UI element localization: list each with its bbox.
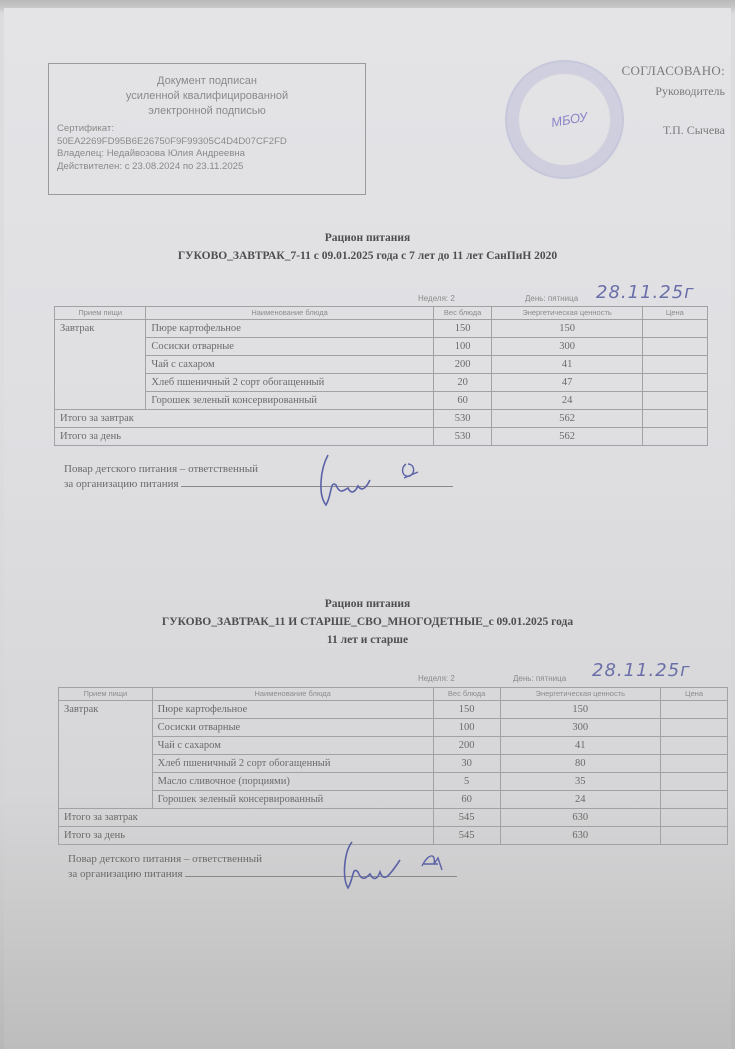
signature-header-line: Документ подписан: [57, 74, 357, 89]
menu-subtitle: ГУКОВО_ЗАВТРАК_7-11 с 09.01.2025 года с …: [0, 247, 735, 265]
weight-cell: 60: [433, 791, 500, 809]
approval-title: СОГЛАСОВАНО:: [622, 61, 725, 81]
price-cell: [661, 773, 728, 791]
signature-header-line: усиленной квалифицированной: [57, 89, 357, 104]
weight-cell: 100: [433, 719, 500, 737]
total-energy-cell: 630: [500, 809, 661, 827]
energy-cell: 24: [500, 791, 661, 809]
menu-2-title: Рацион питания ГУКОВО_ЗАВТРАК_11 И СТАРШ…: [0, 595, 735, 649]
total-price-cell: [642, 410, 707, 428]
total-energy-cell: 562: [492, 410, 642, 428]
price-cell: [661, 701, 728, 719]
energy-cell: 41: [500, 737, 661, 755]
price-cell: [642, 356, 707, 374]
column-header: Энергетическая ценность: [492, 307, 642, 320]
organization-stamp-icon: МБОУ: [505, 60, 624, 179]
menu-1-week: Неделя: 2: [418, 294, 455, 303]
column-header: Вес блюда: [433, 307, 492, 320]
certificate-id: 50EA2269FD95B6E26750F9F99305C4D4D07CF2FD: [57, 136, 357, 149]
dish-name-cell: Горошек зеленый консервированный: [152, 791, 433, 809]
signature-header-line: электронной подписью: [57, 104, 357, 119]
table-row: Сосиски отварные100300: [59, 719, 728, 737]
meal-cell: Завтрак: [59, 701, 153, 809]
total-price-cell: [661, 827, 728, 845]
menu-2-day: День: пятница: [513, 674, 566, 683]
stamp-text: МБОУ: [550, 109, 589, 130]
column-header: Цена: [642, 307, 707, 320]
total-energy-cell: 562: [492, 428, 642, 446]
table-row: Хлеб пшеничный 2 сорт обогащенный2047: [55, 374, 708, 392]
weight-cell: 20: [433, 374, 492, 392]
table-row: ЗавтракПюре картофельное150150: [59, 701, 728, 719]
price-cell: [642, 338, 707, 356]
approval-block: СОГЛАСОВАНО: Руководитель Т.П. Сычева: [622, 61, 725, 140]
weight-cell: 5: [433, 773, 500, 791]
menu-title: Рацион питания: [0, 229, 735, 247]
energy-cell: 300: [500, 719, 661, 737]
electronic-signature-box: Документ подписан усиленной квалифициров…: [48, 63, 366, 195]
energy-cell: 150: [492, 320, 642, 338]
cook-label-line2: за организацию питания: [64, 478, 179, 490]
table-row: Чай с сахаром20041: [59, 737, 728, 755]
total-weight-cell: 545: [433, 809, 500, 827]
price-cell: [642, 320, 707, 338]
weight-cell: 200: [433, 737, 500, 755]
energy-cell: 35: [500, 773, 661, 791]
menu-subtitle-age: 11 лет и старше: [0, 631, 735, 649]
energy-cell: 24: [492, 392, 642, 410]
price-cell: [661, 719, 728, 737]
certificate-label: Сертификат:: [57, 123, 357, 136]
menu-1-day: День: пятница: [525, 294, 578, 303]
column-header: Наименование блюда: [146, 307, 433, 320]
table-row: Хлеб пшеничный 2 сорт обогащенный3080: [59, 755, 728, 773]
menu-2-handwritten-date: 28.11.25г: [592, 660, 691, 681]
weight-cell: 30: [433, 755, 500, 773]
total-row: Итого за завтрак530562: [55, 410, 708, 428]
column-header: Вес блюда: [433, 688, 500, 701]
table-row: ЗавтракПюре картофельное150150: [55, 320, 708, 338]
column-header: Наименование блюда: [152, 688, 433, 701]
table-header-row: Прием пищиНаименование блюдаВес блюдаЭне…: [59, 688, 728, 701]
column-header: Энергетическая ценность: [500, 688, 661, 701]
price-cell: [661, 791, 728, 809]
menu-2-table: Прием пищиНаименование блюдаВес блюдаЭне…: [58, 687, 728, 845]
cook-label-line2: за организацию питания: [68, 868, 183, 880]
dish-name-cell: Горошек зеленый консервированный: [146, 392, 433, 410]
approval-name: Т.П. Сычева: [622, 120, 725, 140]
approval-position: Руководитель: [622, 81, 725, 101]
total-label-cell: Итого за завтрак: [59, 809, 434, 827]
dish-name-cell: Чай с сахаром: [146, 356, 433, 374]
energy-cell: 300: [492, 338, 642, 356]
column-header: Прием пищи: [59, 688, 153, 701]
total-weight-cell: 530: [433, 410, 492, 428]
table-row: Чай с сахаром20041: [55, 356, 708, 374]
weight-cell: 60: [433, 392, 492, 410]
total-energy-cell: 630: [500, 827, 661, 845]
table-row: Горошек зеленый консервированный6024: [59, 791, 728, 809]
energy-cell: 41: [492, 356, 642, 374]
energy-cell: 80: [500, 755, 661, 773]
price-cell: [661, 755, 728, 773]
certificate-owner: Владелец: Недайвозова Юлия Андреевна: [57, 148, 357, 161]
signature-header: Документ подписан усиленной квалифициров…: [57, 74, 357, 119]
menu-1-table: Прием пищиНаименование блюдаВес блюдаЭне…: [54, 306, 708, 446]
menu-2-handwritten-signature-icon: [338, 838, 458, 898]
table-header-row: Прием пищиНаименование блюдаВес блюдаЭне…: [55, 307, 708, 320]
menu-1-handwritten-date: 28.11.25г: [596, 282, 695, 303]
dish-name-cell: Чай с сахаром: [152, 737, 433, 755]
weight-cell: 150: [433, 320, 492, 338]
dish-name-cell: Масло сливочное (порциями): [152, 773, 433, 791]
total-weight-cell: 530: [433, 428, 492, 446]
weight-cell: 100: [433, 338, 492, 356]
menu-subtitle: ГУКОВО_ЗАВТРАК_11 И СТАРШЕ_СВО_МНОГОДЕТН…: [0, 613, 735, 631]
dish-name-cell: Хлеб пшеничный 2 сорт обогащенный: [146, 374, 433, 392]
weight-cell: 150: [433, 701, 500, 719]
total-row: Итого за день530562: [55, 428, 708, 446]
total-price-cell: [661, 809, 728, 827]
total-price-cell: [642, 428, 707, 446]
meal-cell: Завтрак: [55, 320, 146, 410]
certificate-validity: Действителен: с 23.08.2024 по 23.11.2025: [57, 161, 357, 174]
dish-name-cell: Хлеб пшеничный 2 сорт обогащенный: [152, 755, 433, 773]
weight-cell: 200: [433, 356, 492, 374]
price-cell: [661, 737, 728, 755]
total-label-cell: Итого за день: [55, 428, 434, 446]
dish-name-cell: Пюре картофельное: [152, 701, 433, 719]
table-row: Сосиски отварные100300: [55, 338, 708, 356]
table-row: Горошек зеленый консервированный6024: [55, 392, 708, 410]
energy-cell: 47: [492, 374, 642, 392]
dish-name-cell: Сосиски отварные: [146, 338, 433, 356]
column-header: Цена: [661, 688, 728, 701]
dish-name-cell: Сосиски отварные: [152, 719, 433, 737]
total-row: Итого за завтрак545630: [59, 809, 728, 827]
menu-1-handwritten-signature-icon: [318, 450, 438, 510]
menu-2-week: Неделя: 2: [418, 674, 455, 683]
total-label-cell: Итого за завтрак: [55, 410, 434, 428]
menu-title: Рацион питания: [0, 595, 735, 613]
price-cell: [642, 392, 707, 410]
dish-name-cell: Пюре картофельное: [146, 320, 433, 338]
price-cell: [642, 374, 707, 392]
table-row: Масло сливочное (порциями)535: [59, 773, 728, 791]
menu-1-title: Рацион питания ГУКОВО_ЗАВТРАК_7-11 с 09.…: [0, 229, 735, 265]
column-header: Прием пищи: [55, 307, 146, 320]
energy-cell: 150: [500, 701, 661, 719]
